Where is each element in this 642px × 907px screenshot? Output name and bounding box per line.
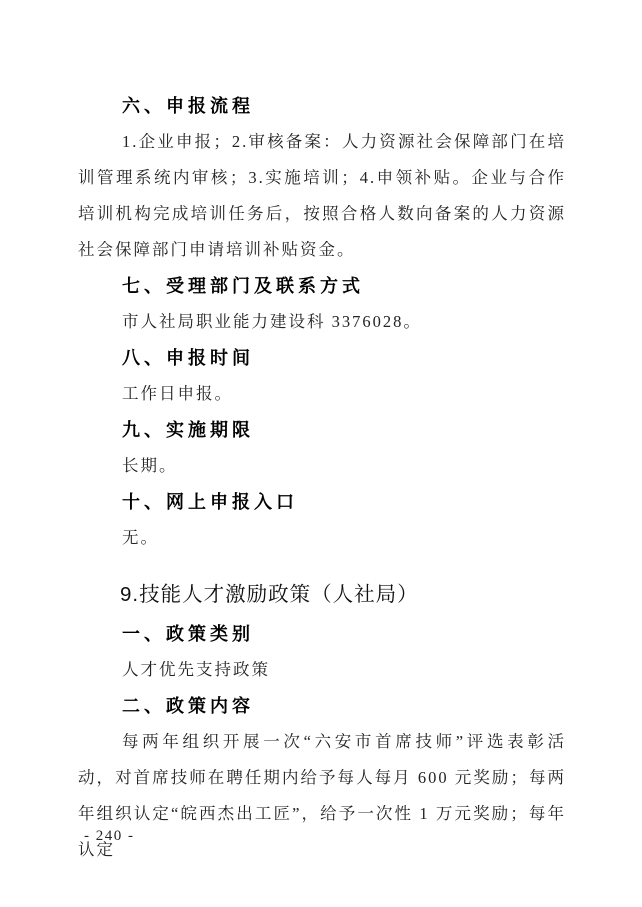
chapter-title-skill-talent-policy: 9.技能人才激励政策（人社局） bbox=[78, 574, 566, 616]
document-content: 六、申报流程 1.企业申报；2.审核备案：人力资源社会保障部门在培训管理系统内审… bbox=[0, 0, 642, 868]
heading-accepting-department: 七、受理部门及联系方式 bbox=[78, 268, 566, 304]
heading-application-time: 八、申报时间 bbox=[78, 340, 566, 376]
document-page: 六、申报流程 1.企业申报；2.审核备案：人力资源社会保障部门在培训管理系统内审… bbox=[0, 0, 642, 907]
heading-implementation-period: 九、实施期限 bbox=[78, 412, 566, 448]
paragraph-online-application-entry: 无。 bbox=[78, 520, 566, 556]
heading-policy-category: 一、政策类别 bbox=[78, 616, 566, 652]
paragraph-policy-content: 每两年组织开展一次“六安市首席技师”评选表彰活动，对首席技师在聘任期内给予每人每… bbox=[78, 724, 566, 868]
paragraph-application-process: 1.企业申报；2.审核备案：人力资源社会保障部门在培训管理系统内审核；3.实施培… bbox=[78, 124, 566, 268]
paragraph-application-time: 工作日申报。 bbox=[78, 376, 566, 412]
heading-policy-content: 二、政策内容 bbox=[78, 688, 566, 724]
heading-online-application-entry: 十、网上申报入口 bbox=[78, 484, 566, 520]
paragraph-accepting-department: 市人社局职业能力建设科 3376028。 bbox=[78, 304, 566, 340]
paragraph-implementation-period: 长期。 bbox=[78, 448, 566, 484]
page-number: - 240 - bbox=[84, 828, 135, 845]
heading-application-process: 六、申报流程 bbox=[78, 88, 566, 124]
paragraph-policy-category: 人才优先支持政策 bbox=[78, 652, 566, 688]
